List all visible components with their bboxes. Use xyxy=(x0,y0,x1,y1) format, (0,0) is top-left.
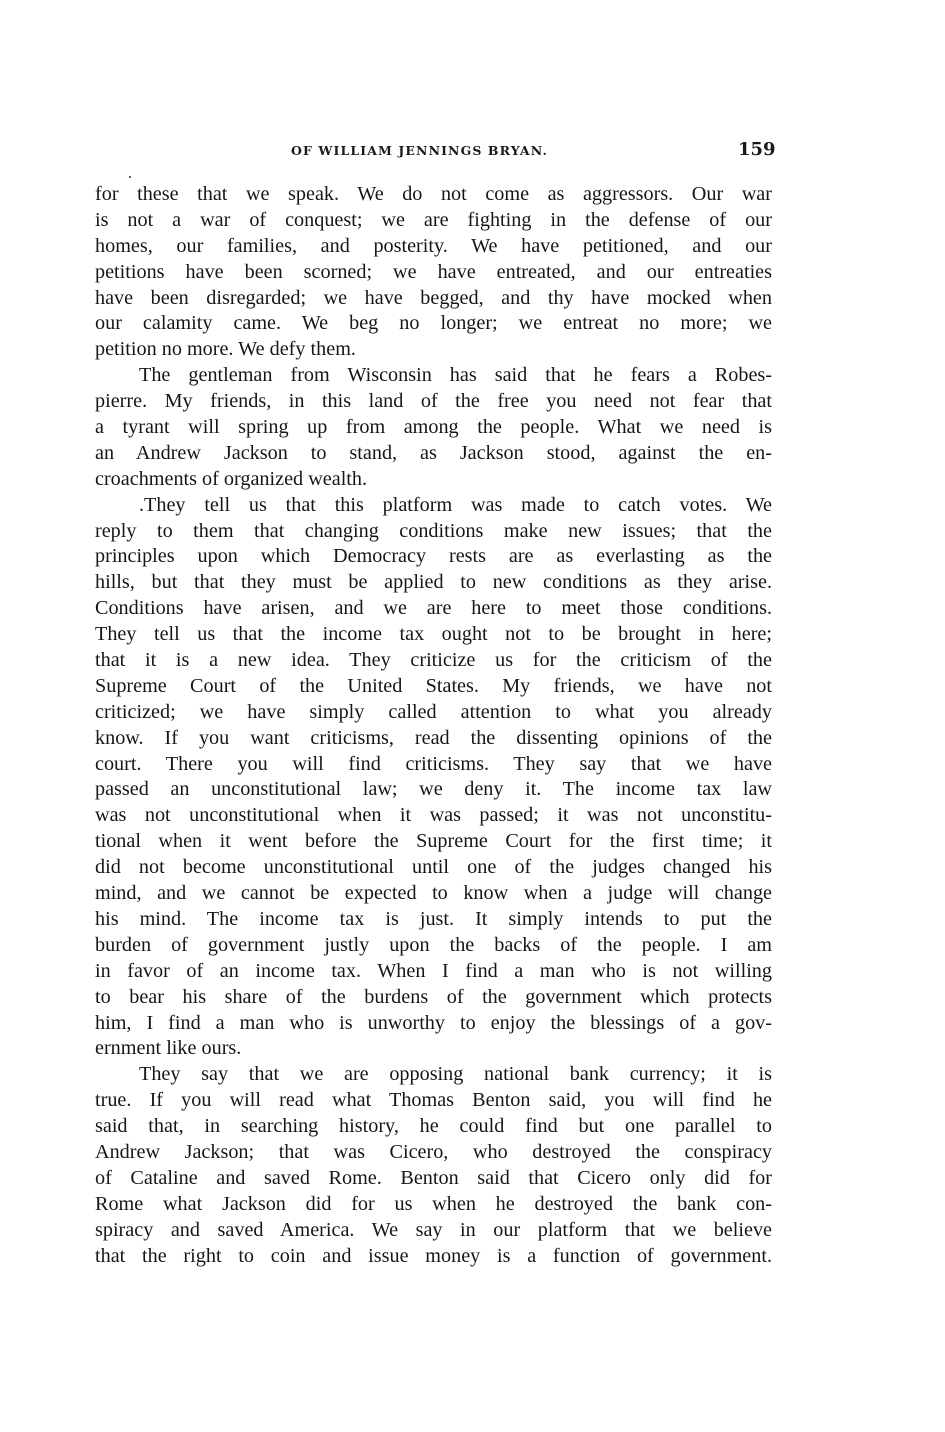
text-line: said that, in searching history, he coul… xyxy=(95,1114,772,1140)
text-line: have been disregarded; we have begged, a… xyxy=(95,286,772,312)
page-number: 159 xyxy=(738,139,776,160)
text-line: hills, but that they must be applied to … xyxy=(95,570,772,596)
text-line: criticized; we have simply called attent… xyxy=(95,700,772,726)
text-line: pierre. My friends, in this land of the … xyxy=(95,389,772,415)
text-line: Rome what Jackson did for us when he des… xyxy=(95,1192,772,1218)
text-line: burden of government justly upon the bac… xyxy=(95,933,772,959)
text-line: was not unconstitutional when it was pas… xyxy=(95,803,772,829)
text-line: principles upon which Democracy rests ar… xyxy=(95,544,772,570)
text-line: They tell us that the income tax ought n… xyxy=(95,622,772,648)
text-line: our calamity came. We beg no longer; we … xyxy=(95,311,772,337)
paragraph: They say that we are opposing national b… xyxy=(95,1062,772,1269)
text-line: croachments of organized wealth. xyxy=(95,467,772,493)
text-line: did not become unconstitutional until on… xyxy=(95,855,772,881)
text-line: in favor of an income tax. When I find a… xyxy=(95,959,772,985)
running-head: OF WILLIAM JENNINGS BRYAN. xyxy=(291,143,548,158)
text-line: tional when it went before the Supreme C… xyxy=(95,829,772,855)
text-line: petitions have been scorned; we have ent… xyxy=(95,260,772,286)
text-line: Supreme Court of the United States. My f… xyxy=(95,674,772,700)
text-line: to bear his share of the burdens of the … xyxy=(95,985,772,1011)
text-line: him, I find a man who is unworthy to enj… xyxy=(95,1011,772,1037)
paragraph: .They tell us that this platform was mad… xyxy=(95,493,772,1063)
text-line: reply to them that changing conditions m… xyxy=(95,519,772,545)
text-line: The gentleman from Wisconsin has said th… xyxy=(95,363,772,389)
text-line: his mind. The income tax is just. It sim… xyxy=(95,907,772,933)
text-line: petition no more. We defy them. xyxy=(95,337,772,363)
text-line: a tyrant will spring up from among the p… xyxy=(95,415,772,441)
text-line: court. There you will find criticisms. T… xyxy=(95,752,772,778)
text-line: They say that we are opposing national b… xyxy=(95,1062,772,1088)
text-line: Andrew Jackson; that was Cicero, who des… xyxy=(95,1140,772,1166)
print-speck xyxy=(129,176,131,178)
text-line: true. If you will read what Thomas Bento… xyxy=(95,1088,772,1114)
text-line: .They tell us that this platform was mad… xyxy=(95,493,772,519)
text-line: mind, and we cannot be expected to know … xyxy=(95,881,772,907)
text-line: is not a war of conquest; we are fightin… xyxy=(95,208,772,234)
text-line: know. If you want criticisms, read the d… xyxy=(95,726,772,752)
body-text: for these that we speak. We do not come … xyxy=(95,182,772,1269)
text-line: that it is a new idea. They criticize us… xyxy=(95,648,772,674)
text-line: an Andrew Jackson to stand, as Jackson s… xyxy=(95,441,772,467)
paragraph: The gentleman from Wisconsin has said th… xyxy=(95,363,772,492)
text-line: Conditions have arisen, and we are here … xyxy=(95,596,772,622)
text-line: homes, our families, and posterity. We h… xyxy=(95,234,772,260)
paragraph: for these that we speak. We do not come … xyxy=(95,182,772,363)
text-line: of Cataline and saved Rome. Benton said … xyxy=(95,1166,772,1192)
text-line: ernment like ours. xyxy=(95,1036,772,1062)
text-line: for these that we speak. We do not come … xyxy=(95,182,772,208)
text-line: that the right to coin and issue money i… xyxy=(95,1244,772,1270)
text-line: passed an unconstitutional law; we deny … xyxy=(95,777,772,803)
text-line: spiracy and saved America. We say in our… xyxy=(95,1218,772,1244)
